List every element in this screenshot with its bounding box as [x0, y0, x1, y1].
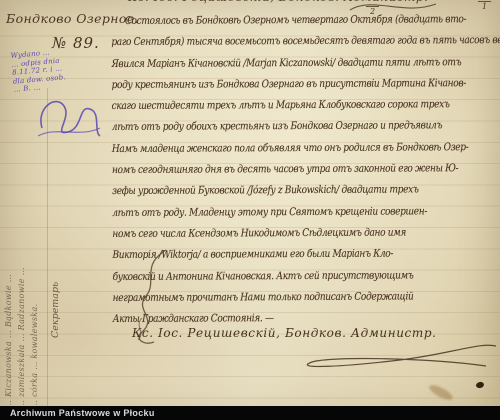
archive-watermark-label: Archiwum Państwowe w Płocku	[0, 406, 500, 420]
paper-stain-smudge	[427, 382, 454, 402]
margin-note-side-word: Секретарь	[50, 198, 68, 338]
act-line: лѣтъ отъ роду. Младенцу этому при Святом…	[112, 201, 444, 224]
signature-paraph-flourish	[250, 340, 500, 376]
paper-stain-dot	[475, 381, 484, 389]
act-line: номъ сего числа Ксендзомъ Никодимомъ Сѣд…	[112, 222, 444, 245]
act-line: Явился Маріанъ Кічановскій /Marjan Kicza…	[111, 52, 443, 75]
archive-watermark-bar: Archiwum Państwowe w Płocku	[0, 406, 500, 420]
act-line: зефы урожденной Буковской /Józefy z Buko…	[112, 180, 444, 203]
act-line: раго Сентября) тысяча восемьсотъ восемьд…	[111, 31, 443, 54]
act-line: скаго шестидесяти трехъ лѣтъ и Марьяна К…	[112, 94, 444, 117]
margin-note-line: … zamieszkała … Radzanowie …	[15, 96, 28, 408]
violet-archival-note: Wydano … … odpis dnia 8.11.72 r. i … dla…	[10, 42, 123, 94]
act-line: роду крестьянинъ изъ Бондкова Озернаго в…	[112, 73, 444, 96]
margin-note-line: … Kiczanowska … Bądkowie …	[2, 96, 15, 408]
priest-signature: Кс. Іос. Рецишевскій, Бондков. Администр…	[132, 326, 437, 340]
act-line: Намъ младенца женскаго пола объявляя что…	[112, 137, 444, 160]
act-line: номъ сегодняшняго дня въ десять часовъ у…	[112, 158, 444, 181]
act-line: лѣтъ отъ роду обоихъ крестьянъ изъ Бондк…	[112, 116, 444, 139]
margin-note-line: … córka … kowalewska.	[28, 96, 41, 408]
margin-note-vertical: … Kiczanowska … Bądkowie … … zamieszkała…	[2, 96, 48, 408]
manuscript-page: Кс. Іос. Рецишевскій, Бондков. Администр…	[0, 0, 500, 420]
act-line: Состоялось въ Бондковѣ Озерномъ четверта…	[111, 9, 443, 32]
